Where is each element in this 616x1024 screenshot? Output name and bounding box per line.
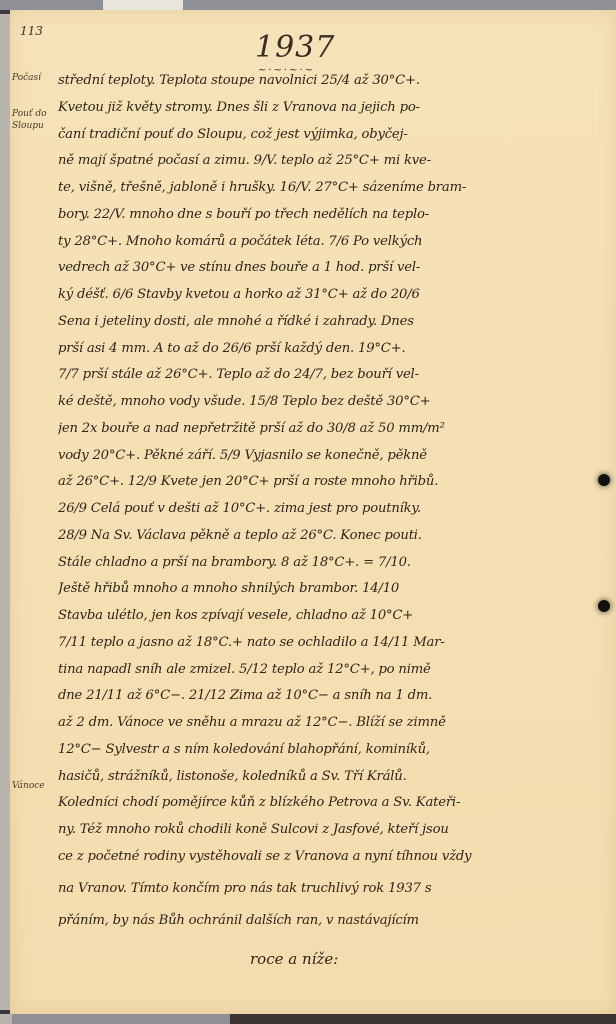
text-line: tina napadl sníh ale zmizel. 5/12 teplo …: [58, 661, 614, 679]
text-line: 28/9 Na Sv. Václava pěkně a teplo až 26°…: [58, 527, 614, 545]
text-line: na Vranov. Tímto končím pro nás tak truc…: [58, 880, 614, 898]
text-line: jen 2x bouře a nad nepřetržitě prší až d…: [58, 420, 614, 438]
text-line: Stále chladno a prší na brambory. 8 až 1…: [58, 554, 614, 572]
binder-bottom: [230, 1014, 616, 1024]
margin-note-pilgrimage: Pouť do Sloupu: [12, 108, 52, 132]
text-line: vedrech až 30°C+ ve stínu dnes bouře a 1…: [58, 259, 614, 277]
closing-line: roce a níže:: [250, 950, 338, 968]
text-line: dne 21/11 až 6°C−. 21/12 Zima až 10°C− a…: [58, 687, 614, 705]
text-line: čaní tradiční pouť do Sloupu, což jest v…: [58, 126, 614, 144]
text-line: 26/9 Celá pouť v dešti až 10°C+. zima je…: [58, 500, 614, 518]
text-line: ně mají špatné počasí a zimu. 9/V. teplo…: [58, 152, 614, 170]
text-line: ny. Též mnoho roků chodili koně Sulcovi …: [58, 821, 614, 839]
text-line: 7/7 prší stále až 26°C+. Teplo až do 24/…: [58, 366, 614, 384]
text-line: střední teploty. Teplota stoupe navolnic…: [58, 72, 614, 90]
margin-note-christmas: Vánoce: [12, 780, 52, 792]
text-line: až 2 dm. Vánoce ve sněhu a mrazu až 12°C…: [58, 714, 614, 732]
punch-hole: [598, 474, 610, 486]
text-line: přáním, by nás Bůh ochránil dalších ran,…: [58, 912, 614, 930]
text-line: vody 20°C+. Pěkné září. 5/9 Vyjasnilo se…: [58, 447, 614, 465]
text-line: Sena i jeteliny dosti, ale mnohé a řídké…: [58, 313, 614, 331]
text-line: prší asi 4 mm. A to až do 26/6 prší každ…: [58, 340, 614, 358]
text-line: hasičů, strážníků, listonoše, koledníků …: [58, 768, 614, 786]
text-line: ký déšť. 6/6 Stavby kvetou a horko až 31…: [58, 286, 614, 304]
text-line: bory. 22/V. mnoho dne s bouří po třech n…: [58, 206, 614, 224]
page-number: 113: [20, 24, 43, 38]
text-line: 7/11 teplo a jasno až 18°C.+ nato se och…: [58, 634, 614, 652]
text-line: Kvetou již květy stromy. Dnes šli z Vran…: [58, 99, 614, 117]
text-line: te, višně, třešně, jabloně i hrušky. 16/…: [58, 179, 614, 197]
text-line: ké deště, mnoho vody všude. 15/8 Teplo b…: [58, 393, 614, 411]
page-title: 1937: [255, 30, 335, 65]
text-line: ce z početné rodiny vystěhovali se z Vra…: [58, 848, 614, 866]
text-line: 12°C− Sylvestr a s ním koledování blahop…: [58, 741, 614, 759]
chronicle-page: 113 1937 ~·~·~·~ Počasí Pouť do Sloupu V…: [10, 10, 616, 1014]
text-line: Ještě hřibů mnoho a mnoho shnilých bramb…: [58, 580, 614, 598]
text-line: Stavba ulétlo, jen kos zpívají vesele, c…: [58, 607, 614, 625]
text-line: Koledníci chodí pomějírce kůň z blízkého…: [58, 794, 614, 812]
text-line: až 26°C+. 12/9 Kvete jen 20°C+ prší a ro…: [58, 473, 614, 491]
text-line: ty 28°C+. Mnoho komárů a počátek léta. 7…: [58, 233, 614, 251]
punch-hole: [598, 600, 610, 612]
margin-note-weather: Počasí: [12, 72, 52, 84]
